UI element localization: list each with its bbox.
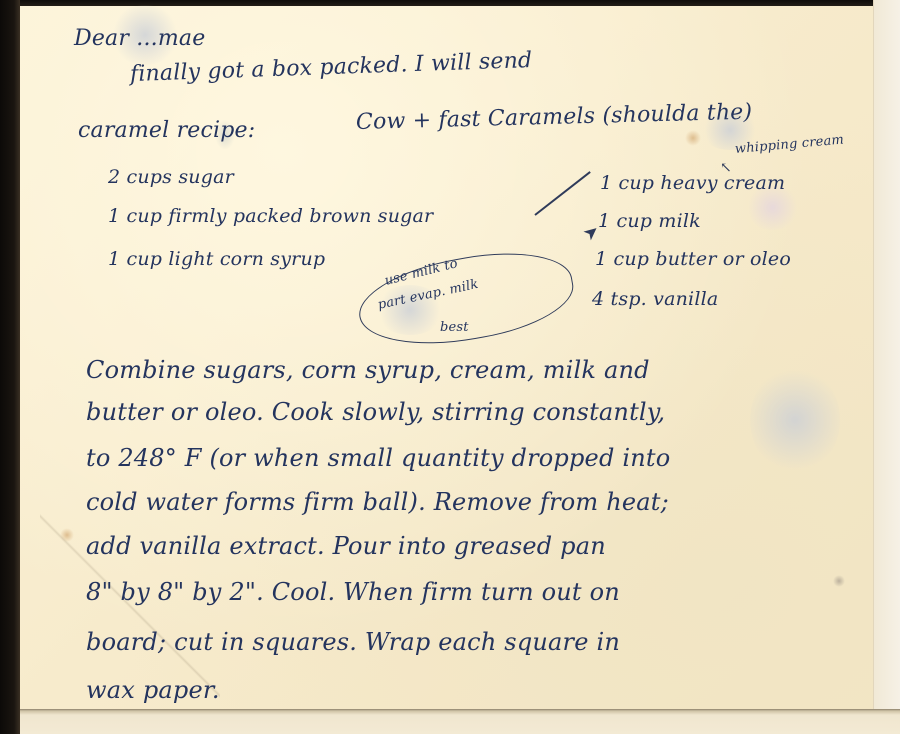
instruction-line: butter or oleo. Cook slowly, stirring co… [86,398,665,426]
instruction-line: 8" by 8" by 2". Cool. When firm turn out… [86,578,620,606]
ingredient-item: 1 cup heavy cream [600,172,785,194]
instruction-line: add vanilla extract. Pour into greased p… [86,532,606,560]
brown-stain [685,130,701,146]
greeting: Dear ...mae [74,26,205,51]
grey-stain [833,575,845,587]
ingredient-item: 1 cup butter or oleo [595,248,791,270]
instruction-line: to 248° F (or when small quantity droppe… [86,444,670,472]
bottom-fold-line [20,709,900,734]
ingredient-item: 1 cup light corn syrup [108,248,325,270]
brown-stain [60,528,74,542]
instruction-line: board; cut in squares. Wrap each square … [86,628,620,656]
ink-smudge [750,365,840,475]
ingredient-item: 4 tsp. vanilla [592,288,718,310]
bubble-note-line: best [440,320,469,335]
ingredient-item: 2 cups sugar [108,166,234,188]
letter-line-2: caramel recipe: [78,118,255,143]
ingredient-item: 1 cup milk [598,210,701,232]
card-right-margin [873,0,900,734]
instruction-line: wax paper. [86,676,220,704]
instruction-line: cold water forms firm ball). Remove from… [86,488,669,516]
ingredient-item: 1 cup firmly packed brown sugar [108,205,433,227]
instruction-line: Combine sugars, corn syrup, cream, milk … [86,356,650,384]
photo-left-edge [0,0,20,734]
